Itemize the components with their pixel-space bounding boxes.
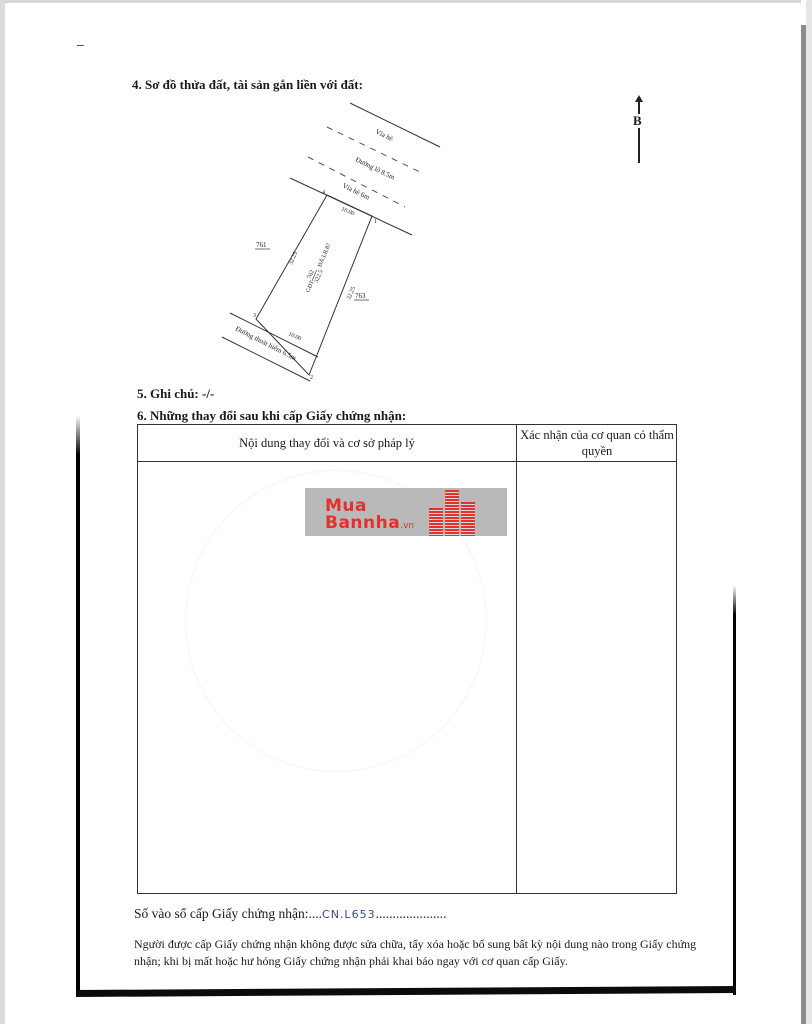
- north-label: B: [633, 114, 642, 128]
- muabannha-watermark-logo: Mua Bannha.vn: [305, 488, 507, 536]
- viewer-frame-top: [0, 0, 812, 3]
- section-6-heading: 6. Những thay đổi sau khi cấp Giấy chứng…: [137, 408, 406, 424]
- svg-text:3: 3: [253, 313, 256, 319]
- registry-number-line: Số vào sổ cấp Giấy chứng nhận:....CN.L65…: [134, 906, 446, 922]
- svg-text:4: 4: [322, 190, 325, 196]
- label-via-he-6m: Vỉa hè 6m: [341, 182, 371, 202]
- column-divider: [516, 425, 517, 893]
- registry-label: Số vào sổ cấp Giấy chứng nhận:: [134, 906, 309, 921]
- svg-text:ĐÁ.LB.87: ĐÁ.LB.87: [315, 242, 332, 268]
- svg-text:32.25: 32.25: [288, 251, 299, 266]
- header-authority-confirmation: Xác nhận của cơ quan có thẩm quyền: [518, 427, 676, 459]
- viewer-frame-edge: [806, 0, 812, 1024]
- footer-note: Người được cấp Giấy chứng nhận không đượ…: [134, 936, 724, 970]
- viewer-frame-left: [0, 0, 5, 1024]
- north-arrow-shaft: [638, 99, 640, 163]
- building-icon: [429, 508, 443, 536]
- building-icon: [445, 490, 459, 536]
- scan-edge-left: [76, 415, 80, 995]
- svg-text:322.5: 322.5: [314, 269, 325, 284]
- land-plot-diagram: Vỉa hè Đường lô 8.5m Vỉa hè 6m 4 1 2 3 1…: [200, 95, 460, 395]
- svg-text:10.00: 10.00: [287, 331, 302, 342]
- scan-edge-right: [733, 585, 736, 995]
- arrow-up-icon: [635, 95, 643, 102]
- header-divider: [138, 461, 676, 462]
- svg-text:2: 2: [310, 375, 313, 381]
- label-via-he-top: Vỉa hè: [374, 128, 394, 143]
- header-change-content: Nội dung thay đổi và cơ sở pháp lý: [138, 435, 516, 451]
- label-escape-road: Đường thoát hiểm 6.5m: [234, 325, 298, 363]
- certificate-page: 4. Sơ đồ thửa đất, tài sản gắn liền với …: [0, 0, 800, 1024]
- building-icon: [461, 502, 475, 536]
- scan-edge-bottom: [76, 986, 736, 997]
- svg-text:10.00: 10.00: [340, 206, 355, 217]
- svg-text:763: 763: [355, 292, 366, 300]
- section-5-note: 5. Ghi chú: -/-: [137, 386, 214, 402]
- scan-mark: [77, 45, 84, 46]
- section-4-heading: 4. Sơ đồ thửa đất, tài sản gắn liền với …: [132, 77, 363, 93]
- north-arrow: B: [626, 95, 656, 165]
- label-duong-lo: Đường lô 8.5m: [354, 156, 396, 182]
- svg-text:1: 1: [374, 219, 377, 225]
- registry-value: CN.L653: [322, 908, 376, 921]
- logo-text: Mua Bannha.vn: [325, 498, 414, 535]
- svg-text:761: 761: [256, 241, 267, 249]
